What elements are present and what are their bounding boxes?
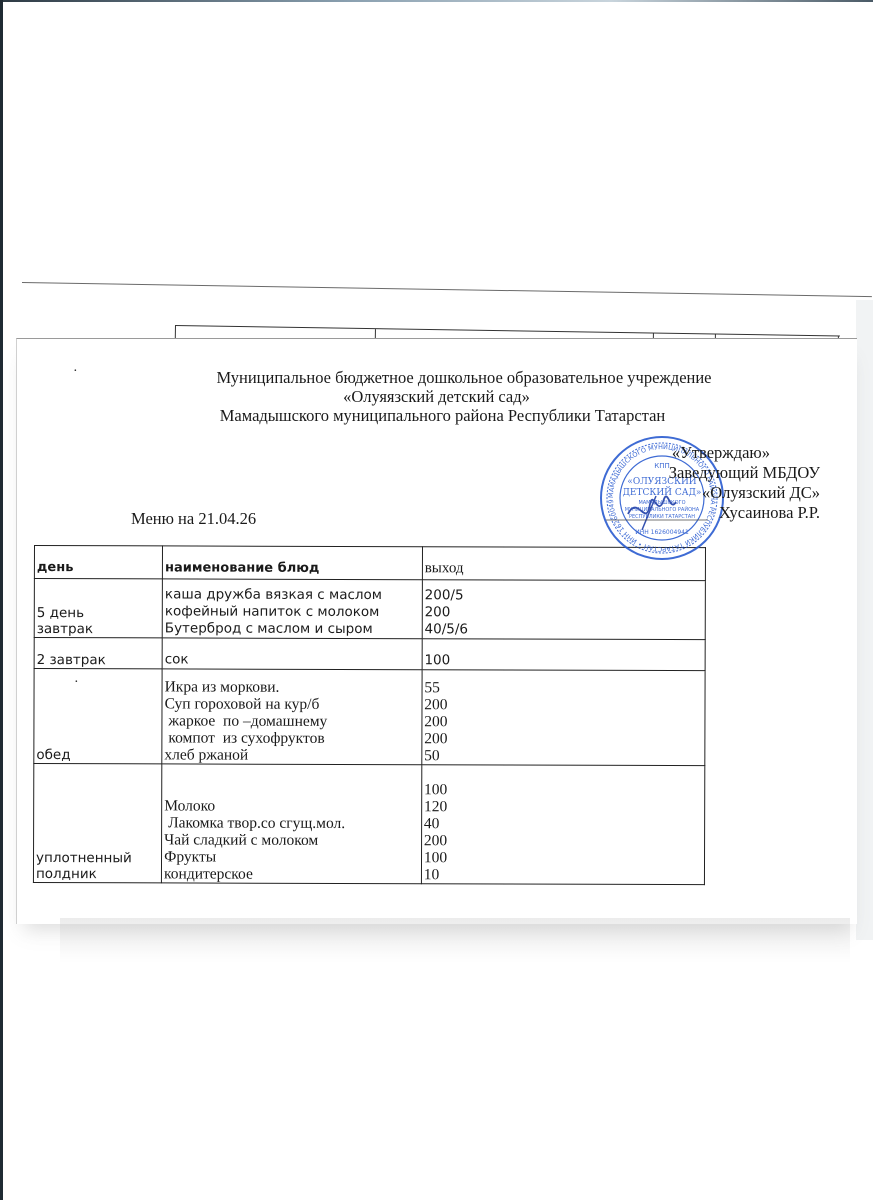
- dish-item: каша дружба вязкая с маслом: [165, 586, 420, 604]
- meal-cell: уплотненный полдник: [33, 764, 161, 883]
- dishes-cell: каша дружба вязкая с маслом кофейный нап…: [162, 579, 422, 639]
- scan-edge-left: [0, 0, 3, 1200]
- yield-value: 200: [424, 713, 702, 731]
- scan-speck: ·: [73, 364, 78, 380]
- yield-value: 200/5: [425, 587, 703, 605]
- yield-value: 200: [424, 730, 702, 748]
- yield-cell: 100 120 40 200 100 10: [421, 765, 705, 885]
- dish-item: кофейный напиток с молоком: [165, 603, 420, 621]
- yield-value: 55: [424, 679, 702, 697]
- approval-block: «Утверждаю» Заведующий МБДОУ «Олуязский …: [600, 443, 820, 523]
- dish-item: Суп гороховой на кур/б: [165, 695, 420, 713]
- menu-title: Меню на 21.04.26: [131, 509, 256, 529]
- scan-speck: ·: [74, 675, 79, 691]
- meal-cell: обед: [34, 669, 162, 764]
- meal-cell: 5 день завтрак: [34, 579, 162, 638]
- dish-item: Икра из моркови.: [165, 678, 420, 696]
- meal-cell: 2 завтрак: [34, 638, 162, 669]
- yield-value: 100: [424, 849, 702, 867]
- meal-label: завтрак: [37, 621, 160, 637]
- meal-label: уплотненный: [36, 850, 159, 866]
- dish-item: кондитерское: [164, 865, 419, 883]
- dishes-cell: Икра из моркови. Суп гороховой на кур/б …: [162, 669, 422, 765]
- approval-line-3: «Олуязский ДС»: [600, 483, 820, 503]
- yield-cell: 100: [422, 639, 705, 671]
- dish-item: жаркое по –домашнему: [164, 712, 419, 730]
- yield-value: 100: [424, 652, 702, 670]
- institution-header: Муниципальное бюджетное дошкольное образ…: [0, 368, 873, 425]
- yield-cell: 55 200 200 200 50: [422, 670, 705, 766]
- yield-value: 50: [424, 747, 702, 765]
- header-line-1: Муниципальное бюджетное дошкольное образ…: [0, 368, 873, 387]
- column-header-dish: наименование блюд: [162, 546, 422, 580]
- svg-text:ИНН 1626004941: ИНН 1626004941: [635, 529, 689, 536]
- dish-item: сок: [165, 651, 420, 669]
- meal-label: 5 день: [37, 605, 160, 621]
- yield-value: 200: [425, 604, 703, 622]
- approval-line-2: Заведующий МБДОУ: [600, 463, 820, 483]
- dish-item: компот из сухофруктов: [164, 729, 419, 747]
- meal-label: обед: [36, 747, 159, 763]
- dish-item: Молоко: [164, 797, 419, 815]
- yield-value: 10: [424, 866, 702, 884]
- column-header-day: день: [34, 546, 162, 579]
- yield-value: 200: [424, 696, 702, 714]
- yield-value: 100: [424, 781, 702, 799]
- dishes-cell: Молоко Лакомка твор.со сгущ.мол. Чай сла…: [162, 764, 422, 884]
- approval-line-1: «Утверждаю»: [600, 443, 820, 463]
- meal-label: полдник: [36, 866, 159, 882]
- dish-item: Фрукты: [164, 848, 419, 866]
- approval-signatory: Хусаинова Р.Р.: [600, 503, 820, 523]
- dish-item: Лакомка твор.со сгущ.мол.: [164, 814, 419, 832]
- dish-item: хлеб ржаной: [164, 746, 419, 764]
- table-row: обед Икра из моркови. Суп гороховой на к…: [34, 669, 705, 766]
- dishes-cell: сок: [162, 638, 422, 670]
- table-row: 5 день завтрак каша дружба вязкая с масл…: [34, 579, 705, 640]
- scan-edge-top: [0, 0, 873, 2]
- table-row: 2 завтрак сок 100: [34, 638, 705, 671]
- yield-value: 40: [424, 815, 702, 833]
- yield-cell: 200/5 200 40/5/6: [422, 580, 705, 640]
- dish-item: Чай сладкий с молоком: [164, 831, 419, 849]
- meal-label: 2 завтрак: [37, 652, 160, 668]
- yield-value: 200: [424, 832, 702, 850]
- menu-table: день наименование блюд выход 5 день завт…: [33, 545, 706, 885]
- paper-shadow: [60, 918, 850, 963]
- header-line-2: «Олуяязский детский сад»: [0, 387, 873, 406]
- yield-value: 40/5/6: [425, 621, 703, 639]
- yield-value: 120: [424, 798, 702, 816]
- header-line-3: Мамадышского муниципального района Респу…: [0, 406, 873, 425]
- table-row: уплотненный полдник Молоко Лакомка твор.…: [33, 764, 704, 885]
- dish-item: Бутерброд с маслом и сыром: [165, 620, 420, 638]
